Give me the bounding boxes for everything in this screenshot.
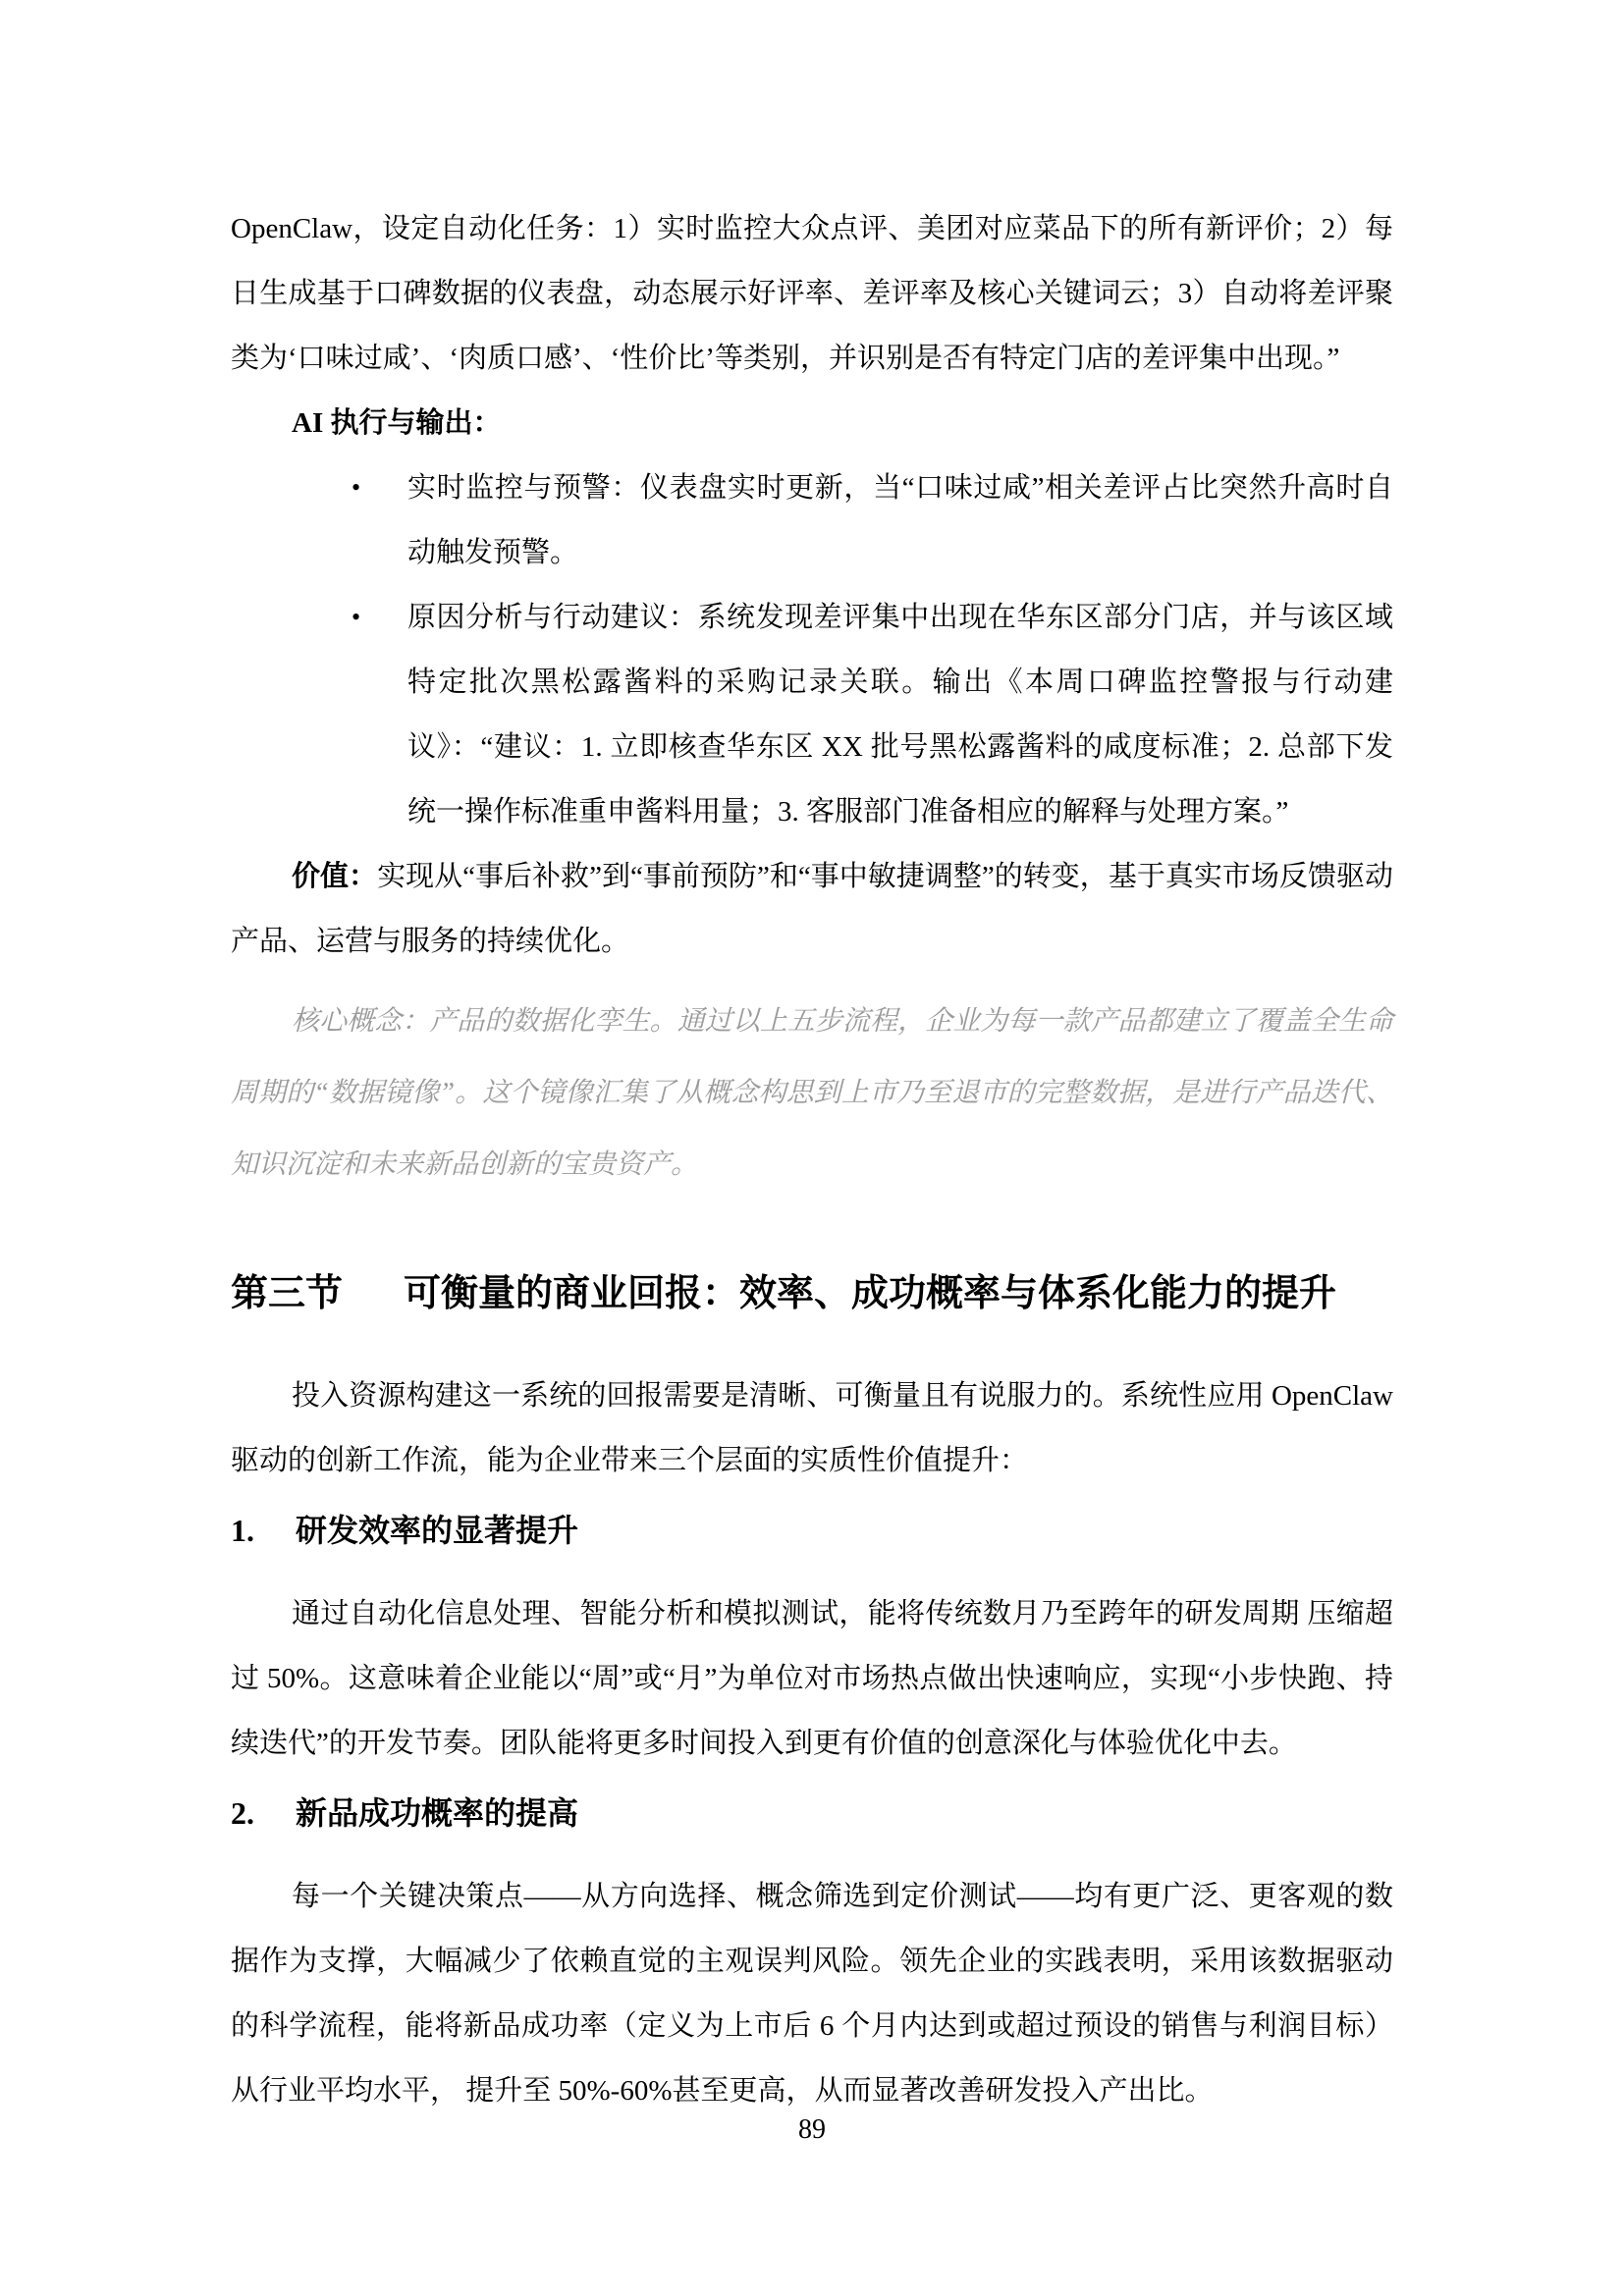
value-text: 实现从“事后补救”到“事前预防”和“事中敏捷调整”的转变，基于真实市场反馈驱动产…: [231, 861, 1393, 957]
paragraph-continuation: OpenClaw，设定自动化任务：1）实时监控大众点评、美团对应菜品下的所有新评…: [231, 196, 1393, 391]
subsection-number: 2.: [231, 1789, 296, 1837]
bullet-text: 原因分析与行动建议：系统发现差评集中出现在华东区部分门店，并与该区域特定批次黑松…: [407, 602, 1393, 828]
page-number: 89: [0, 2110, 1624, 2150]
ai-output-list: • 实时监控与预警：仪表盘实时更新，当“口味过咸”相关差评占比突然升高时自动触发…: [231, 455, 1393, 844]
concept-note: 核心概念：产品的数据化孪生。通过以上五步流程，企业为每一款产品都建立了覆盖全生命…: [231, 986, 1393, 1201]
ai-output-heading: AI 执行与输出：: [231, 391, 1393, 455]
section-number: 第三节: [231, 1273, 343, 1314]
bullet-icon: •: [352, 585, 360, 650]
value-paragraph: 价值：实现从“事后补救”到“事前预防”和“事中敏捷调整”的转变，基于真实市场反馈…: [231, 844, 1393, 974]
subsection-heading-2: 2.新品成功概率的提高: [231, 1789, 1393, 1837]
list-item: • 原因分析与行动建议：系统发现差评集中出现在华东区部分门店，并与该区域特定批次…: [231, 585, 1393, 844]
subsection-heading-1: 1.研发效率的显著提升: [231, 1507, 1393, 1554]
document-page: OpenClaw，设定自动化任务：1）实时监控大众点评、美团对应菜品下的所有新评…: [0, 0, 1624, 2296]
bullet-text: 实时监控与预警：仪表盘实时更新，当“口味过咸”相关差评占比突然升高时自动触发预警…: [407, 472, 1393, 568]
value-label: 价值：: [292, 861, 377, 892]
subsection-title: 研发效率的显著提升: [296, 1513, 578, 1548]
bullet-icon: •: [352, 455, 360, 520]
subsection-paragraph-1: 通过自动化信息处理、智能分析和模拟测试，能将传统数月乃至跨年的研发周期 压缩超过…: [231, 1581, 1393, 1776]
section-heading: 第三节可衡量的商业回报：效率、成功概率与体系化能力的提升: [231, 1259, 1393, 1328]
subsection-number: 1.: [231, 1507, 296, 1554]
subsection-paragraph-2: 每一个关键决策点——从方向选择、概念筛选到定价测试——均有更广泛、更客观的数据作…: [231, 1864, 1393, 2123]
intro-paragraph: 投入资源构建这一系统的回报需要是清晰、可衡量且有说服力的。系统性应用 OpenC…: [231, 1363, 1393, 1493]
subsection-title: 新品成功概率的提高: [296, 1795, 578, 1831]
page-content: OpenClaw，设定自动化任务：1）实时监控大众点评、美团对应菜品下的所有新评…: [231, 0, 1393, 2123]
section-title: 可衡量的商业回报：效率、成功概率与体系化能力的提升: [404, 1273, 1336, 1314]
list-item: • 实时监控与预警：仪表盘实时更新，当“口味过咸”相关差评占比突然升高时自动触发…: [231, 455, 1393, 585]
